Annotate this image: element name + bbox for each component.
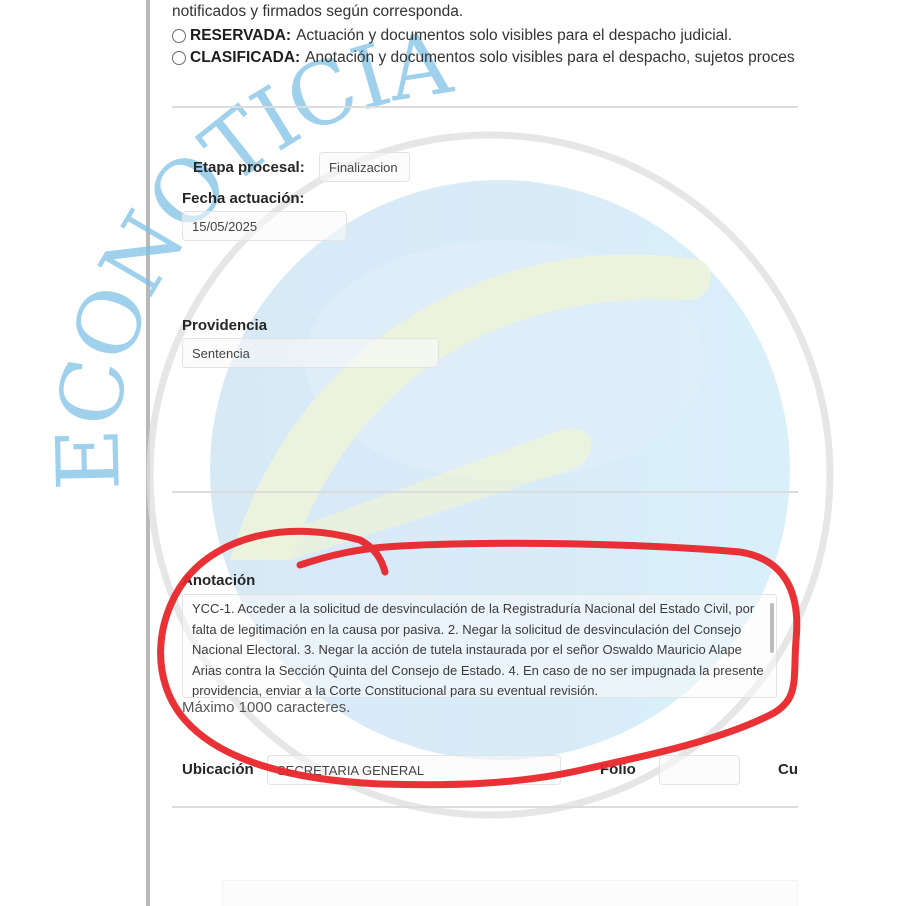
radio-clasificada[interactable] [172,51,186,65]
privacy-option-reservada[interactable]: RESERVADA: Actuación y documentos solo v… [172,27,732,45]
anotacion-label: Anotación [182,572,255,589]
anotacion-textarea[interactable]: YCC-1. Acceder a la solicitud de desvinc… [182,594,777,698]
cuaderno-label-truncated: Cu [778,761,798,778]
ubicacion-field[interactable]: SECRETARIA GENERAL [267,755,561,785]
left-border-rail [146,0,150,906]
anotacion-text: YCC-1. Acceder a la solicitud de desvinc… [192,599,767,698]
privacy-option-clasificada[interactable]: CLASIFICADA: Anotación y documentos solo… [172,49,795,67]
fecha-actuacion-label: Fecha actuación: [182,190,305,207]
folio-field[interactable] [659,755,740,785]
providencia-label: Providencia [182,317,267,334]
textarea-scrollbar[interactable] [770,603,774,653]
providencia-field[interactable]: Sentencia [182,338,439,368]
option-description: Actuación y documentos solo visibles par… [296,27,732,45]
etapa-procesal-label: Etapa procesal: [193,159,305,176]
folio-label: Folio [600,761,636,778]
actuacion-form: notificados y firmados según corresponda… [172,0,798,906]
section-divider [172,806,798,808]
option-label: RESERVADA: [190,27,291,45]
fecha-actuacion-field[interactable]: 15/05/2025 [182,211,347,241]
radio-reservada[interactable] [172,29,186,43]
next-section-container [222,880,798,906]
privacy-continuation-text: notificados y firmados según corresponda… [172,3,463,21]
etapa-procesal-field[interactable]: Finalizacion [319,152,410,182]
anotacion-char-limit-hint: Máximo 1000 caracteres. [182,699,350,716]
option-description: Anotación y documentos solo visibles par… [305,49,794,67]
option-label: CLASIFICADA: [190,49,300,67]
section-divider [172,491,798,493]
ubicacion-label: Ubicación [182,761,254,778]
section-divider [172,106,798,108]
page: ECONOTICIAS notificados y firmados según… [0,0,906,906]
